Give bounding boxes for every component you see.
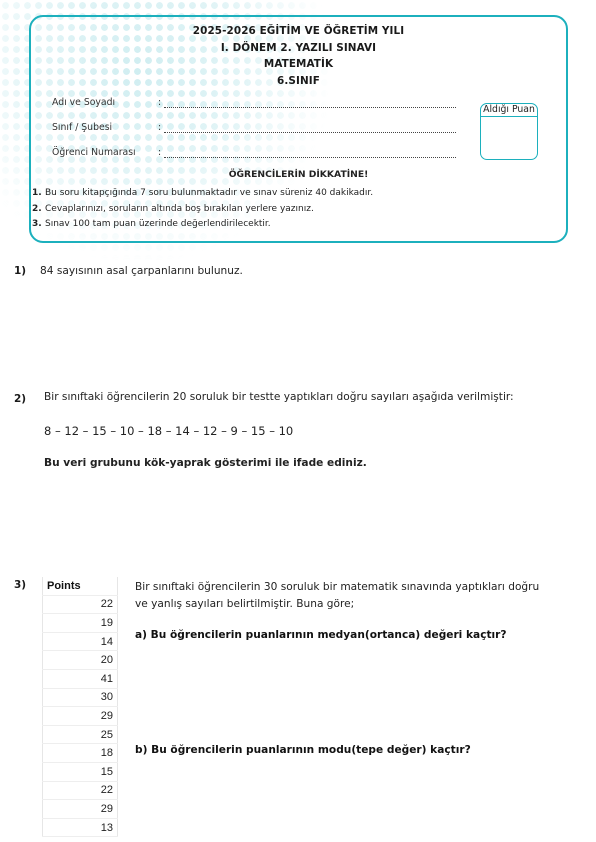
rule-item: 2.Cevaplarınızı, soruların altında boş b… (32, 204, 373, 220)
rules-list: 1.Bu soru kitapçığında 7 soru bulunmakta… (32, 188, 373, 235)
table-row: 14 (43, 632, 118, 651)
rule-number: 1. (32, 188, 45, 198)
table-header: Points (43, 577, 118, 595)
field-label: Sınıf / Şubesi (52, 122, 152, 133)
points-cell: 15 (43, 762, 118, 781)
field-colon: : (158, 147, 161, 158)
question-text-line: ve yanlış sayıları belirtilmiştir. Buna … (135, 596, 555, 613)
title-line-exam: I. DÖNEM 2. YAZILI SINAVI (31, 40, 566, 57)
field-label: Adı ve Soyadı (52, 97, 152, 108)
table-row: 29 (43, 707, 118, 726)
points-cell: 22 (43, 595, 118, 614)
field-label: Öğrenci Numarası (52, 147, 152, 158)
table-row: 22 (43, 595, 118, 614)
field-colon: : (158, 122, 161, 133)
data-values: 8 – 12 – 15 – 10 – 18 – 14 – 12 – 9 – 15… (44, 424, 293, 438)
question-number: 2) (14, 393, 26, 405)
exam-title: 2025-2026 EĞİTİM VE ÖĞRETİM YILI I. DÖNE… (31, 23, 566, 89)
table-row: 20 (43, 651, 118, 670)
rule-number: 3. (32, 219, 45, 229)
rule-item: 1.Bu soru kitapçığında 7 soru bulunmakta… (32, 188, 373, 204)
points-cell: 30 (43, 688, 118, 707)
table-row: 13 (43, 818, 118, 837)
points-cell: 18 (43, 744, 118, 763)
question-part-a: a) Bu öğrencilerin puanlarının medyan(or… (135, 629, 507, 641)
number-dotted-line[interactable] (164, 156, 456, 158)
title-line-year: 2025-2026 EĞİTİM VE ÖĞRETİM YILI (31, 23, 566, 40)
points-cell: 14 (43, 632, 118, 651)
table-row: 19 (43, 614, 118, 633)
notice-title: ÖĞRENCİLERİN DİKKATİNE! (31, 169, 566, 180)
points-cell: 22 (43, 781, 118, 800)
field-colon: : (158, 97, 161, 108)
table-row: 30 (43, 688, 118, 707)
question-text: Bir sınıftaki öğrencilerin 20 soruluk bi… (44, 391, 514, 403)
points-cell: 29 (43, 707, 118, 726)
rule-text: Sınav 100 tam puan üzerinde değerlendiri… (45, 219, 271, 229)
rule-number: 2. (32, 204, 45, 214)
title-line-grade: 6.SINIF (31, 73, 566, 90)
points-cell: 41 (43, 669, 118, 688)
question-number: 1) (14, 265, 26, 277)
table-row: 22 (43, 781, 118, 800)
question-text: 84 sayısının asal çarpanlarını bulunuz. (40, 265, 243, 277)
question-text: Bir sınıftaki öğrencilerin 30 soruluk bi… (135, 579, 555, 613)
table-row: 18 (43, 744, 118, 763)
points-table: Points 22191420413029251815222913 (42, 577, 118, 837)
rule-text: Cevaplarınızı, soruların altında boş bır… (45, 204, 314, 214)
points-cell: 20 (43, 651, 118, 670)
question-part-b: b) Bu öğrencilerin puanlarının modu(tepe… (135, 744, 471, 756)
title-line-subject: MATEMATİK (31, 56, 566, 73)
exam-header-box: 2025-2026 EĞİTİM VE ÖĞRETİM YILI I. DÖNE… (29, 15, 568, 243)
points-cell: 19 (43, 614, 118, 633)
rule-text: Bu soru kitapçığında 7 soru bulunmaktadı… (45, 188, 373, 198)
table-row: 25 (43, 725, 118, 744)
table-row: 29 (43, 800, 118, 819)
score-box[interactable]: Aldığı Puan (480, 103, 538, 160)
question-instruction: Bu veri grubunu kök-yaprak gösterimi ile… (44, 457, 367, 469)
table-row: 41 (43, 669, 118, 688)
points-cell: 25 (43, 725, 118, 744)
name-dotted-line[interactable] (164, 106, 456, 108)
points-cell: 13 (43, 818, 118, 837)
rule-item: 3.Sınav 100 tam puan üzerinde değerlendi… (32, 219, 373, 235)
points-table-body: 22191420413029251815222913 (43, 595, 118, 837)
score-box-label: Aldığı Puan (481, 104, 537, 117)
question-text-line: Bir sınıftaki öğrencilerin 30 soruluk bi… (135, 579, 555, 596)
table-row: 15 (43, 762, 118, 781)
question-number: 3) (14, 579, 26, 591)
class-dotted-line[interactable] (164, 131, 456, 133)
points-cell: 29 (43, 800, 118, 819)
